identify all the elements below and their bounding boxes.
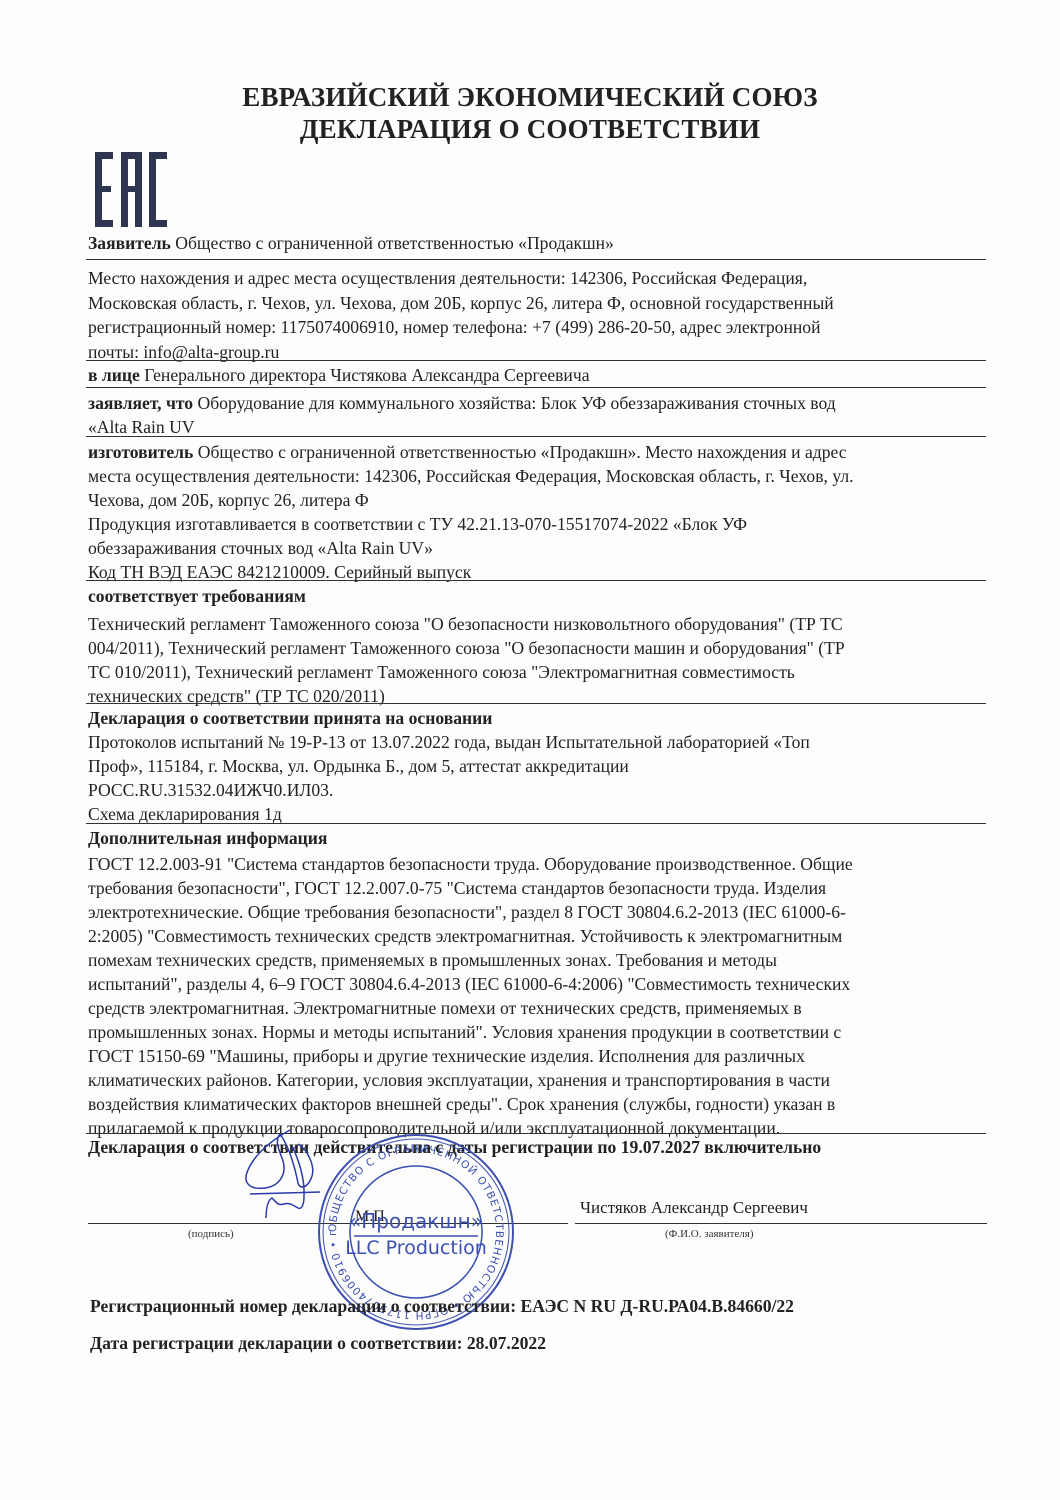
requirements-line: Технический регламент Таможенного союза …	[88, 612, 986, 636]
represented-row: в лице Генерального директора Чистякова …	[88, 364, 986, 386]
address-line: Место нахождения и адрес места осуществл…	[88, 266, 986, 291]
additional-line: климатических районов. Категории, услови…	[88, 1068, 993, 1092]
requirements-heading: соответствует требованиям	[88, 584, 986, 608]
handwritten-signature-icon	[180, 1128, 330, 1218]
title-union: ЕВРАЗИЙСКИЙ ЭКОНОМИЧЕСКИЙ СОЮЗ	[0, 82, 1060, 113]
divider	[86, 259, 986, 260]
divider	[86, 580, 986, 581]
address-line: регистрационный номер: 1175074006910, но…	[88, 315, 986, 340]
registration-date: Дата регистрации декларации о соответств…	[90, 1333, 546, 1354]
title-declaration: ДЕКЛАРАЦИЯ О СООТВЕТСТВИИ	[0, 114, 1060, 145]
requirements-line: 004/2011), Технический регламент Таможен…	[88, 636, 986, 660]
requirements-line: ТС 010/2011), Технический регламент Тамо…	[88, 660, 986, 684]
basis-line: РОСС.RU.31532.04ИЖЧ0.ИЛ03.	[88, 778, 986, 802]
eac-logo-icon	[95, 152, 167, 227]
additional-line: ГОСТ 12.2.003-91 "Система стандартов без…	[88, 852, 993, 876]
divider	[86, 387, 986, 388]
additional-line: электротехнические. Общие требования без…	[88, 900, 993, 924]
additional-line: ГОСТ 15150-69 "Машины, приборы и другие …	[88, 1044, 993, 1068]
applicant-row: Заявитель Общество с ограниченной ответс…	[88, 232, 986, 254]
additional-line: промышленных зонах. Нормы и методы испыт…	[88, 1020, 993, 1044]
applicant-label: Заявитель	[88, 233, 171, 253]
additional-line: требования безопасности", ГОСТ 12.2.007.…	[88, 876, 993, 900]
signature-caption: (подпись)	[188, 1228, 234, 1240]
manufacturer-line: Чехова, дом 20Б, корпус 26, литера Ф	[88, 488, 986, 512]
represented-label: в лице	[88, 365, 140, 385]
applicant-value: Общество с ограниченной ответственностью…	[171, 233, 614, 253]
declares-row: заявляет, что Оборудование для коммуналь…	[88, 391, 986, 439]
requirements-block: соответствует требованиям Технический ре…	[88, 584, 986, 708]
basis-line: Проф», 115184, г. Москва, ул. Ордынка Б.…	[88, 754, 986, 778]
name-line	[575, 1223, 987, 1224]
divider	[86, 823, 986, 824]
divider	[86, 360, 986, 361]
additional-line: испытаний", разделы 4, 6–9 ГОСТ 30804.6.…	[88, 972, 993, 996]
represented-value: Генерального директора Чистякова Алексан…	[140, 365, 590, 385]
additional-block: Дополнительная информация ГОСТ 12.2.003-…	[88, 826, 993, 1140]
registration-number: Регистрационный номер декларации о соотв…	[90, 1296, 794, 1317]
name-caption: (Ф.И.О. заявителя)	[665, 1228, 754, 1240]
applicant-name: Чистяков Александр Сергеевич	[580, 1197, 900, 1219]
basis-line: Протоколов испытаний № 19-Р-13 от 13.07.…	[88, 730, 986, 754]
divider	[86, 436, 986, 437]
declares-value: Оборудование для коммунального хозяйства…	[193, 393, 836, 413]
additional-line: 2:2005) "Совместимость технических средс…	[88, 924, 993, 948]
declares-label: заявляет, что	[88, 393, 193, 413]
basis-block: Декларация о соответствии принята на осн…	[88, 706, 986, 826]
basis-heading: Декларация о соответствии принята на осн…	[88, 706, 986, 730]
declaration-document: ЕВРАЗИЙСКИЙ ЭКОНОМИЧЕСКИЙ СОЮЗ ДЕКЛАРАЦИ…	[0, 0, 1060, 1500]
manufacturer-label: изготовитель	[88, 442, 193, 462]
manufacturer-line: места осуществления деятельности: 142306…	[88, 464, 986, 488]
address-line: Московская область, г. Чехов, ул. Чехова…	[88, 291, 986, 316]
stamp-center-line2: LLC Production	[345, 1237, 487, 1259]
manufacturer-value: Общество с ограниченной ответственностью…	[193, 442, 846, 462]
manufacturer-line: Продукция изготавливается в соответствии…	[88, 512, 986, 536]
additional-line: средств электромагнитная. Электромагнитн…	[88, 996, 993, 1020]
requirements-line: технических средств" (ТР ТС 020/2011)	[88, 684, 986, 708]
divider	[86, 703, 986, 704]
additional-heading: Дополнительная информация	[88, 826, 993, 850]
address-block: Место нахождения и адрес места осуществл…	[88, 266, 986, 364]
manufacturer-block: изготовитель Общество с ограниченной отв…	[88, 440, 986, 584]
additional-line: воздействия климатических факторов внешн…	[88, 1092, 993, 1116]
stamp-center-line1: «Продакшн»	[349, 1209, 483, 1233]
manufacturer-line: обеззараживания сточных вод «Alta Rain U…	[88, 536, 986, 560]
additional-line: помехам технических средств, применяемых…	[88, 948, 993, 972]
